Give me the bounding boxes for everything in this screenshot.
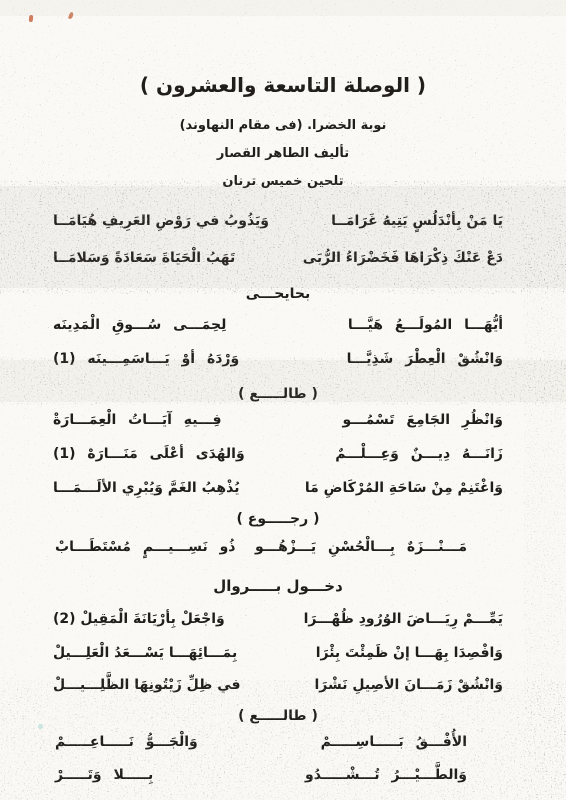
- section-header-bhayhi: بحايحـــى: [53, 284, 503, 304]
- hemistich-right: يَا مَنْ بِأنْدَلُسٍ يَتِيهُ غَرَامَــا: [331, 208, 503, 235]
- hemistich-right: يَمِّـــمْ رِيَـــاضَ الوُرُودِ ظُهْـــر…: [304, 606, 503, 633]
- section-header-dukhul-barwal: دخـــول بـــــروال: [53, 576, 503, 596]
- verse-line: أيُّهَـــا المُولَـــعُ هَيَّـــا لِحِمَ…: [53, 312, 503, 339]
- verse-line: وَافْصِدَا بِهَـــا إنْ ظَمِئْتَ بِئْرَا…: [53, 640, 503, 667]
- verse-line: يَا مَنْ بِأنْدَلُسٍ يَتِيهُ غَرَامَــا …: [53, 208, 503, 235]
- verse-line: وَانْشُقْ الْعِطْرَ شَذِيَّـــا وَرْدَهُ…: [53, 346, 503, 373]
- author-line: تأليف الطاهر القصار: [0, 144, 566, 163]
- verse-line: مَـــنْـــزَهٌ بِـــالْحُسْنِ يَـــزْهُـ…: [53, 534, 503, 561]
- hemistich-left: يُذْهِبُ الغَمَّ وَيُبْرِي الألَـــمَـــ…: [53, 475, 239, 502]
- verse-line: وَالطَّـــيْـــرُ تُـــشْـــــدُو بِــــ…: [53, 762, 503, 789]
- verse-line: زَانَـــهُ دِيـــنٌ وَعِـــلْـــمٌ وَاله…: [53, 441, 503, 468]
- verse-line: وَاغْتَنِمْ مِنْ سَاحَةِ المُرْكَاضِ مَا…: [53, 475, 503, 502]
- verse-line: الأُفْـــقُ بَـــــاسِـــــمْ وَالْجَـــ…: [53, 729, 503, 756]
- composer-line: تلحين خميس ترنان: [0, 172, 566, 191]
- hemistich-left: وَالهُدَى أعْلَى مَنَـــارَهْ (1): [53, 441, 245, 468]
- hemistich-right: الأُفْـــقُ بَـــــاسِـــــمْ: [321, 729, 467, 756]
- nuba-line: نوبة الخضرا. (فى مقام النهاوند): [0, 116, 566, 135]
- hemistich-right: وَانْشُقْ زَمَـــانَ الأصِيلِ نَشْرَا: [314, 672, 503, 699]
- verse-line: وَانْشُقْ زَمَـــانَ الأصِيلِ نَشْرَا في…: [53, 672, 503, 699]
- blue-ink-speck: [38, 724, 43, 729]
- page-content: ( الوصلة التاسعة والعشرون ) نوبة الخضرا.…: [0, 0, 566, 789]
- hemistich-left: ذُو نَسِـــيـــمٍ مُسْتَطَـــابْ: [55, 534, 236, 561]
- verse-line: دَعْ عَنْكَ ذِكْرَاهَا فَخَضْرَاءُ الرُّ…: [53, 245, 503, 272]
- hemistich-left: وَرْدَهُ أوْ يَـــاسَمِـــينَه (1): [53, 346, 239, 373]
- poem-body: يَا مَنْ بِأنْدَلُسٍ يَتِيهُ غَرَامَــا …: [53, 208, 503, 789]
- hemistich-right: أيُّهَـــا المُولَـــعُ هَيَّـــا: [348, 312, 503, 339]
- hemistich-right: وَاغْتَنِمْ مِنْ سَاحَةِ المُرْكَاضِ مَا: [305, 475, 503, 502]
- page-title: ( الوصلة التاسعة والعشرون ): [0, 70, 566, 100]
- section-header-tali-2: ( طالـــــع ): [53, 706, 503, 726]
- verse-line: وَانْظُرِ الجَامِعَ تَسْمُـــو فِـــيهِ …: [53, 407, 503, 434]
- hemistich-left: لِحِمَـــى سُـــوقِ الْمَدِينَه: [53, 312, 226, 339]
- hemistich-right: دَعْ عَنْكَ ذِكْرَاهَا فَخَضْرَاءُ الرُّ…: [303, 245, 503, 272]
- hemistich-left: بِمَـــائِهَـــا يَسْـــعَدُ الْعَلِـــي…: [53, 640, 237, 667]
- hemistich-left: وَيَذُوبُ في رَوْضِ العَرِيفِ هُيَامَــا: [53, 208, 269, 235]
- hemistich-right: وَافْصِدَا بِهَـــا إنْ ظَمِئْتَ بِئْرَا: [316, 640, 503, 667]
- hemistich-right: زَانَـــهُ دِيـــنٌ وَعِـــلْـــمٌ: [335, 441, 503, 468]
- verse-line: يَمِّـــمْ رِيَـــاضَ الوُرُودِ ظُهْـــر…: [53, 606, 503, 633]
- hemistich-right: وَانْظُرِ الجَامِعَ تَسْمُـــو: [342, 407, 503, 434]
- scanned-page: ( الوصلة التاسعة والعشرون ) نوبة الخضرا.…: [0, 0, 566, 800]
- hemistich-right: وَالطَّـــيْـــرُ تُـــشْـــــدُو: [305, 762, 467, 789]
- hemistich-left: بِـــــلا وَتَـــــرْ: [55, 762, 153, 789]
- hemistich-left: وَاجْعَلْ بِأرْيَانَةَ الْمَقِيلْ (2): [53, 606, 225, 633]
- hemistich-left: تَهَبُ الْحَيَاةَ سَعَادَةً وَسَلامَــا: [53, 245, 235, 272]
- hemistich-left: وَالْجَـــوُّ نَـــــاعِـــــمْ: [55, 729, 198, 756]
- section-header-tali-1: ( طالـــــع ): [53, 384, 503, 404]
- section-header-ruju: ( رجـــــوع ): [53, 509, 503, 529]
- hemistich-left: في ظِلِّ زَيْتُونِهَا الظَّلِـــيـــلْ: [53, 672, 241, 699]
- hemistich-right: مَـــنْـــزَهٌ بِـــالْحُسْنِ يَـــزْهُـ…: [255, 534, 467, 561]
- hemistich-right: وَانْشُقْ الْعِطْرَ شَذِيَّـــا: [347, 346, 503, 373]
- hemistich-left: فِـــيهِ آيَـــاتُ الْعِمَـــارَةْ: [53, 407, 222, 434]
